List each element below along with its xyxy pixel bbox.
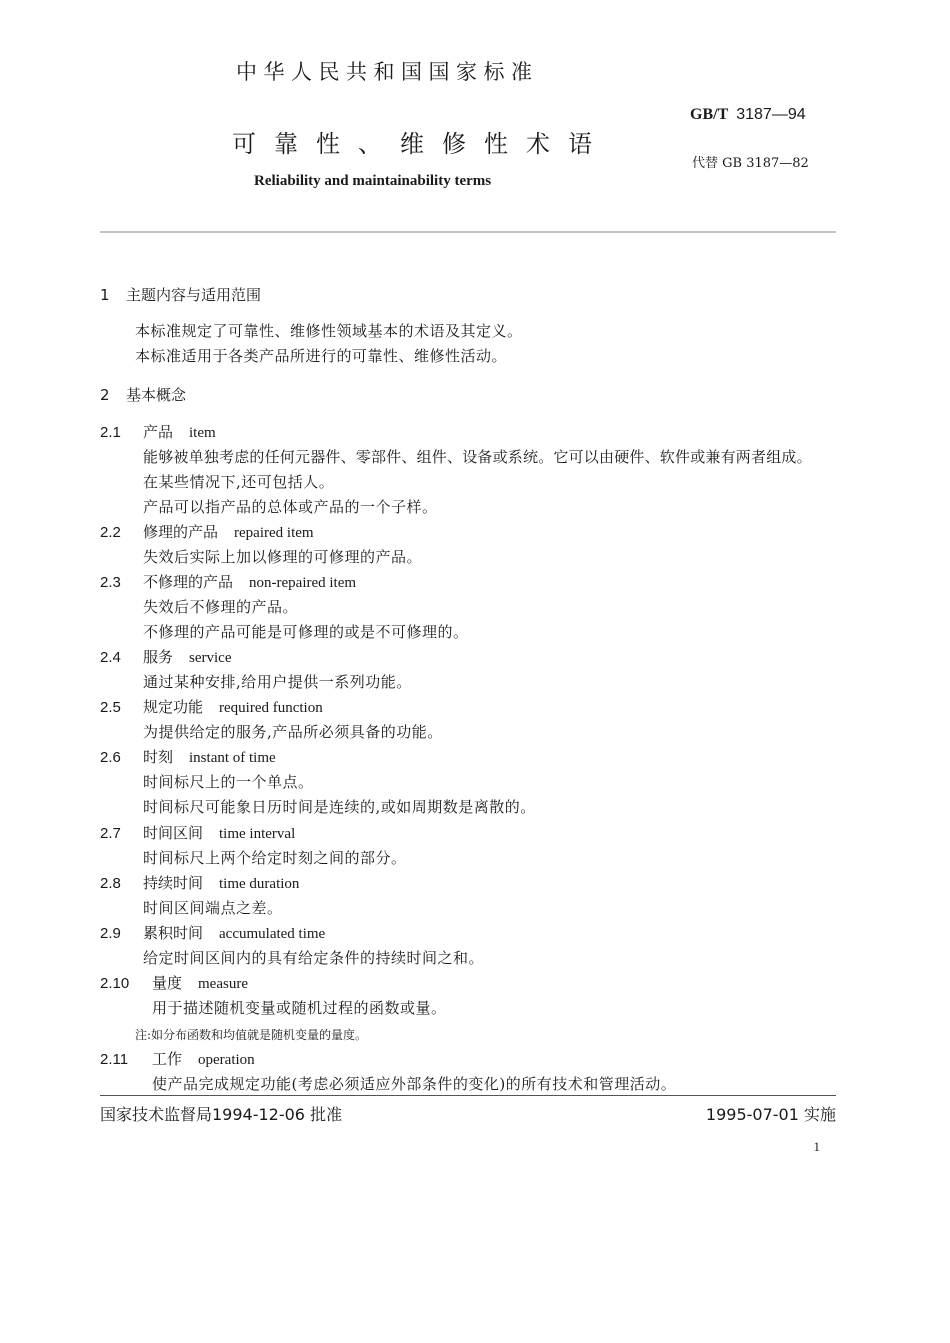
term-number: 2.7 [100, 825, 143, 842]
term-number: 2.1 [100, 424, 143, 441]
term-number: 2.10 [100, 975, 152, 992]
standard-code-prefix: GB/T [690, 106, 728, 123]
term-en: instant of time [189, 750, 276, 766]
term-heading-2-11: 2.11工作operation [100, 1048, 255, 1069]
definition-line: 给定时间区间内的具有给定条件的持续时间之和。 [143, 947, 484, 968]
standard-code-number: 3187—94 [736, 106, 805, 123]
term-number: 2.4 [100, 649, 143, 666]
definition-line: 不修理的产品可能是可修理的或是不可修理的。 [143, 621, 469, 642]
term-cn: 服务 [143, 648, 173, 666]
definition-line: 产品可以指产品的总体或产品的一个子样。 [143, 496, 438, 517]
section-title: 主题内容与适用范围 [126, 286, 261, 304]
section-heading-1: 1主题内容与适用范围 [100, 284, 261, 305]
term-en: time duration [219, 876, 299, 892]
term-en: time interval [219, 826, 295, 842]
term-number: 2.2 [100, 524, 143, 541]
definition-line: 用于描述随机变量或随机过程的函数或量。 [152, 997, 447, 1018]
term-heading-2-10: 2.10量度measure [100, 972, 248, 993]
paragraph: 本标准规定了可靠性、维修性领域基本的术语及其定义。 [135, 320, 523, 341]
term-heading-2-8: 2.8持续时间time duration [100, 872, 299, 893]
page-number: 1 [814, 1139, 821, 1155]
term-en: operation [198, 1052, 255, 1068]
document-title: 可靠性、维修性术语 [232, 124, 610, 159]
term-number: 2.8 [100, 875, 143, 892]
definition-line: 时间标尺上的一个单点。 [143, 771, 314, 792]
section-number: 1 [100, 286, 126, 304]
definition-line: 时间区间端点之差。 [143, 897, 283, 918]
term-heading-2-7: 2.7时间区间time interval [100, 822, 295, 843]
section-title: 基本概念 [126, 386, 186, 404]
paragraph: 本标准适用于各类产品所进行的可靠性、维修性活动。 [135, 345, 507, 366]
term-number: 2.3 [100, 574, 143, 591]
note: 注:如分布函数和均值就是随机变量的量度。 [135, 1026, 367, 1043]
definition-line: 在某些情况下,还可包括人。 [143, 471, 334, 492]
term-en: accumulated time [219, 926, 325, 942]
term-heading-2-9: 2.9累积时间accumulated time [100, 922, 325, 943]
section-number: 2 [100, 386, 126, 404]
footer-divider [100, 1095, 836, 1096]
term-en: item [189, 425, 216, 441]
definition-line: 为提供给定的服务,产品所必须具备的功能。 [143, 721, 443, 742]
definition-line: 时间标尺可能象日历时间是连续的,或如周期数是离散的。 [143, 796, 536, 817]
term-heading-2-1: 2.1产品item [100, 421, 216, 442]
term-heading-2-6: 2.6时刻instant of time [100, 746, 276, 767]
term-cn: 工作 [152, 1050, 182, 1068]
term-cn: 修理的产品 [143, 523, 218, 541]
term-en: measure [198, 976, 248, 992]
national-standard-label: 中华人民共和国国家标准 [236, 56, 539, 86]
term-number: 2.9 [100, 925, 143, 942]
document-subtitle-en: Reliability and maintainability terms [254, 173, 491, 190]
definition-line: 失效后不修理的产品。 [143, 596, 298, 617]
definition-line: 时间标尺上两个给定时刻之间的部分。 [143, 847, 407, 868]
term-en: non-repaired item [249, 575, 356, 591]
term-en: repaired item [234, 525, 314, 541]
term-number: 2.6 [100, 749, 143, 766]
term-cn: 量度 [152, 974, 182, 992]
term-number: 2.11 [100, 1051, 152, 1068]
section-heading-2: 2基本概念 [100, 384, 186, 405]
term-heading-2-4: 2.4服务service [100, 646, 232, 667]
term-en: service [189, 650, 231, 666]
term-cn: 累积时间 [143, 924, 203, 942]
term-en: required function [219, 700, 323, 716]
header-divider [100, 231, 836, 233]
definition-line: 失效后实际上加以修理的可修理的产品。 [143, 546, 422, 567]
definition-line: 使产品完成规定功能(考虑必须适应外部条件的变化)的所有技术和管理活动。 [152, 1073, 676, 1094]
standard-code: GB/T3187—94 [690, 104, 806, 124]
definition-line: 通过某种安排,给用户提供一系列功能。 [143, 671, 412, 692]
effective-date: 1995-07-01 实施 [706, 1102, 836, 1125]
replaces-standard: 代替 GB 3187—82 [692, 152, 809, 171]
definition-line: 能够被单独考虑的任何元器件、零部件、组件、设备或系统。它可以由硬件、软件或兼有两… [143, 446, 812, 467]
approval-date: 国家技术监督局1994-12-06 批准 [100, 1102, 342, 1125]
term-heading-2-3: 2.3不修理的产品non-repaired item [100, 571, 356, 592]
term-heading-2-5: 2.5规定功能required function [100, 696, 323, 717]
term-cn: 规定功能 [143, 698, 203, 716]
term-cn: 持续时间 [143, 874, 203, 892]
term-cn: 时刻 [143, 748, 173, 766]
term-number: 2.5 [100, 699, 143, 716]
term-cn: 时间区间 [143, 824, 203, 842]
term-cn: 产品 [143, 423, 173, 441]
term-cn: 不修理的产品 [143, 573, 233, 591]
term-heading-2-2: 2.2修理的产品repaired item [100, 521, 314, 542]
